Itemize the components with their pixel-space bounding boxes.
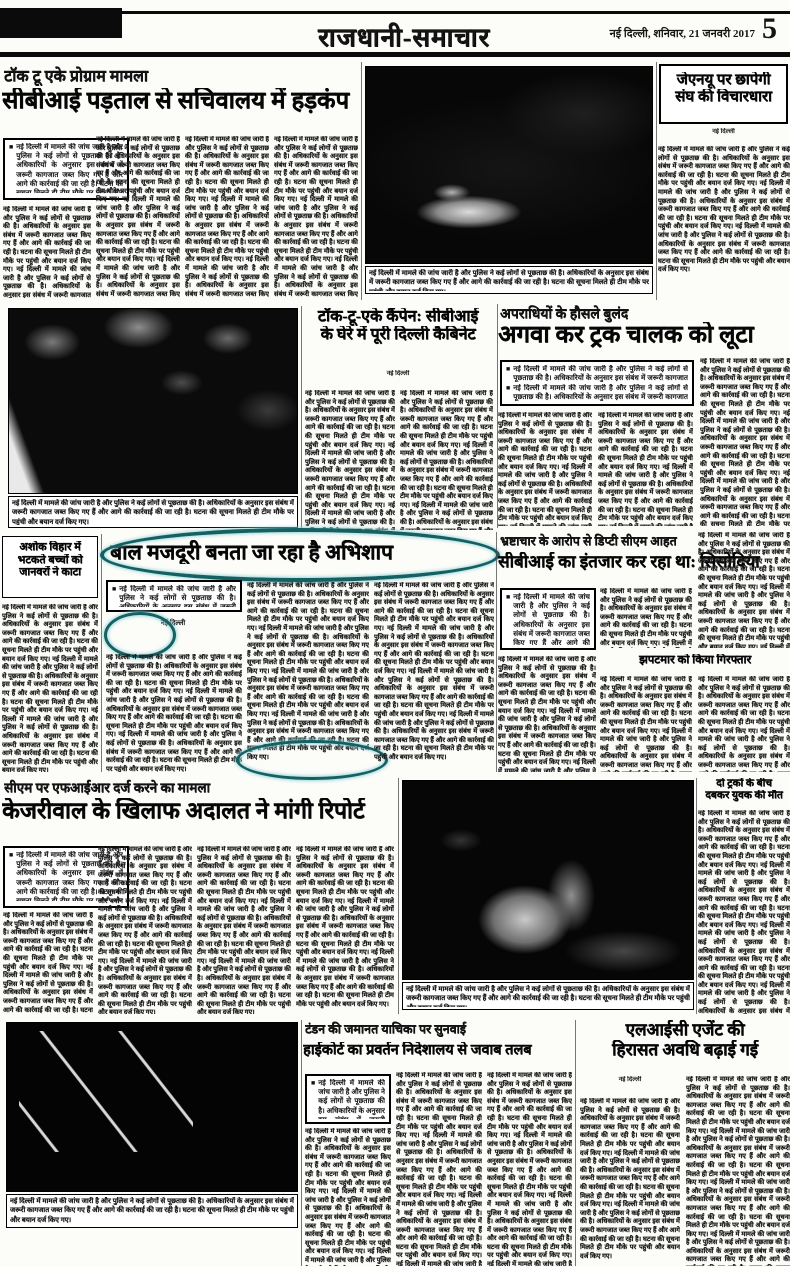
body-column: नई दिल्ली में मामले की जांच जारी है और प… (400, 390, 493, 530)
body-column: नई दिल्ली में मामले की जांच जारी है और प… (3, 912, 93, 1014)
body-column: नई दिल्ली में मामले की जांच जारी है और प… (197, 846, 291, 1014)
headline-cabinet: टॉक-टू-एके कैंपेन: सीबीआई के घेरे में पू… (303, 308, 493, 345)
byline-cabinet: नई दिल्ली (303, 370, 493, 386)
byline-jnu: नई दिल्ली (659, 128, 788, 144)
headline-jnu-line1: जेएनयू पर छापेगी (665, 72, 782, 89)
bullet-square-icon: ■ (311, 1079, 315, 1119)
masthead: राजधानी-समाचार (278, 18, 530, 54)
body-column: नई दिल्ली में मामले की जांच जारी है और प… (498, 656, 596, 772)
annotation-oval-byline (104, 612, 176, 658)
bullet-square-icon: ■ (506, 365, 510, 382)
kicker-kejriwal: सीएम पर एफआईआर दर्ज करने का मामला (4, 778, 344, 796)
body-column: नई दिल्ली में मामले की जांच जारी है और प… (600, 588, 692, 648)
annotation-oval-paragraph (236, 740, 388, 780)
photo-caption: नई दिल्ली में मामले की जांच जारी है और प… (365, 266, 653, 294)
caption-text: नई दिल्ली में मामले की जांच जारी है और प… (10, 1197, 294, 1225)
summary-box-sisodia: ■ नई दिल्ली में मामले की जांच जारी है और… (500, 588, 596, 650)
bullet-square-icon: ■ (112, 585, 116, 607)
headline-cabinet-line1: टॉक-टू-एके कैंपेन: सीबीआई (303, 308, 493, 326)
kicker-truck-loot: अपराधियों के हौसले बुलंद (500, 304, 740, 323)
header-rule (0, 52, 790, 57)
summary-text: नई दिल्ली में मामले की जांच जारी है और प… (513, 593, 590, 645)
body-column: नई दिल्ली में मामले की जांच जारी है और प… (305, 1128, 391, 1266)
caption-text: नई दिल्ली में मामले की जांच जारी है और प… (12, 499, 294, 525)
photo-trucks-night (402, 780, 694, 980)
headline-lic-line1: एलआईसी एजेंट की (580, 1020, 790, 1040)
headline-highcourt: हाईकोर्ट का प्रवर्तन निदेशालय से जवाब तल… (303, 1042, 573, 1059)
caption-text: नई दिल्ली में मामले की जांच जारी है और प… (406, 985, 690, 1007)
body-column: नई दिल्ली में मामले की जांच जारी है और प… (600, 676, 692, 772)
body-column: नई दिल्ली में मामले की जांच जारी है और प… (96, 136, 180, 298)
headline-secretariat: सीबीआई पड़ताल से सचिवालय में हड़कंप (2, 88, 358, 116)
page-dateline: नई दिल्ली, शनिवार, 21 जनवरी 2017 (543, 26, 755, 41)
body-column: नई दिल्ली में मामले की जांच जारी है और प… (698, 532, 790, 648)
bullet-square-icon: ■ (506, 593, 510, 645)
headline-truck-death-line1: दो ट्रकों के बीच (698, 778, 790, 790)
kicker-secretariat: टॉक टू एके प्रोग्राम मामला (4, 64, 354, 86)
body-column: नई दिल्ली में मामले की जांच जारी है और प… (698, 810, 790, 1014)
summary-text: नई दिल्ली में मामले की जांच जारी है और प… (119, 585, 236, 607)
column-rule (496, 532, 497, 772)
photo-caption: नई दिल्ली में मामले की जांच जारी है और प… (402, 982, 694, 1010)
headline-box-animals: अशोक विहार में भटकते बच्चों को जानवरों न… (2, 536, 98, 598)
column-rule (301, 1020, 302, 1266)
body-column: नई दिल्ली में मामले की जांच जारी है और प… (296, 846, 394, 1014)
headline-lic: एलआईसी एजेंट की हिरासत अवधि बढ़ाई गई (580, 1020, 790, 1059)
body-column: नई दिल्ली में मामले की जांच जारी है और प… (598, 412, 693, 526)
bullet-square-icon: ■ (9, 851, 13, 901)
ink-blot-corner (0, 8, 122, 38)
byline-lic: नई दिल्ली (580, 1076, 680, 1094)
body-column: नई दिल्ली में मामले की जांच जारी है और प… (686, 1076, 790, 1266)
column-rule (696, 778, 697, 1014)
body-column: नई दिल्ली में मामले की जांच जारी है और प… (580, 1098, 680, 1266)
caption-text: नई दिल्ली में मामले की जांच जारी है और प… (369, 269, 649, 291)
photo-caption: नई दिल्ली में मामले की जांच जारी है और प… (6, 1194, 298, 1228)
newspaper-page: राजधानी-समाचार नई दिल्ली, शनिवार, 21 जनव… (0, 0, 790, 1267)
summary-box-highcourt: ■ नई दिल्ली में मामले की जांच जारी है और… (305, 1074, 391, 1124)
body-column: नई दिल्ली में मामले की जांच जारी है और प… (498, 412, 592, 526)
column-rule (575, 1020, 576, 1266)
headline-truck-death-line2: दबकर युवक की मौत (698, 790, 790, 802)
headline-animals-line3: जानवरों ने काटा (7, 566, 93, 579)
summary-box-child-labour: ■ नई दिल्ली में मामले की जांच जारी है और… (106, 580, 242, 612)
headline-lic-line2: हिरासत अवधि बढ़ाई गई (580, 1040, 790, 1060)
column-rule (398, 778, 399, 1014)
body-column: नई दिल्ली में मामले की जांच जारी है और प… (396, 1072, 482, 1266)
summary-box-truck-loot: ■ नई दिल्ली में मामले की जांच जारी है और… (500, 360, 694, 406)
headline-cabinet-line2: के घेरे में पूरी दिल्ली कैबिनेट (303, 326, 493, 344)
summary-text: नई दिल्ली में मामले की जांच जारी है और प… (513, 365, 688, 382)
body-column: नई दिल्ली में मामले की जांच जारी है और प… (2, 604, 98, 772)
kicker-sisodia: भ्रष्टाचार के आरोप से डिप्टी सीएम आहत (500, 532, 696, 549)
headline-truck-loot: अगवा कर ट्रक चालक को लूटा (498, 322, 790, 350)
headline-animals-line1: अशोक विहार में (7, 541, 93, 554)
headline-animals-line2: भटकते बच्चों को (7, 554, 93, 567)
column-rule (101, 534, 102, 772)
photo-car-night (365, 66, 653, 264)
column-rule (656, 62, 657, 300)
headline-kejriwal: केजरीवाल के खिलाफ अदालत ने मांगी रिपोर्ट (2, 798, 394, 824)
bullet-square-icon: ■ (506, 384, 510, 401)
body-column: नई दिल्ली में मामले की जांच जारी है और प… (98, 846, 192, 1014)
photo-xray-streaks (6, 1022, 298, 1192)
body-column: नई दिल्ली में मामले की जांच जारी है और प… (698, 676, 790, 772)
summary-text: नई दिल्ली में मामले की जांच जारी है और प… (513, 384, 688, 401)
body-column: नई दिल्ली में मामले की जांच जारी है और प… (374, 582, 494, 772)
headline-truck-death: दो ट्रकों के बीच दबकर युवक की मौत (698, 778, 790, 802)
body-column: नई दिल्ली में मामले की जांच जारी है और प… (274, 136, 358, 298)
headline-box-jnu: जेएनयू पर छापेगी संघ की विचारधारा (659, 64, 788, 124)
summary-text: नई दिल्ली में मामले की जांच जारी है और प… (318, 1079, 385, 1119)
bullet-square-icon: ■ (9, 143, 13, 193)
column-rule (361, 62, 362, 300)
page-number: 5 (762, 12, 790, 46)
annotation-oval-headline (100, 528, 500, 582)
photo-caption: नई दिल्ली में मामले की जांच जारी है और प… (8, 496, 298, 528)
body-column: नई दिल्ली में मामले की जांच जारी है और प… (487, 1072, 572, 1266)
kicker-highcourt: टंडन की जमानत याचिका पर सुनवाई (305, 1020, 571, 1037)
photo-protest-crowd (8, 308, 298, 494)
subhead-snatcher-arrest: झपटमार को किया गिरफ्तार (600, 654, 790, 667)
body-column: नई दिल्ली में मामले की जांच जारी है और प… (106, 654, 242, 772)
body-column: नई दिल्ली में मामले की जांच जारी है और प… (185, 136, 269, 298)
body-column: नई दिल्ली में मामले की जांच जारी है और प… (658, 146, 790, 300)
body-column: नई दिल्ली में मामले की जांच जारी है और प… (305, 390, 395, 530)
body-column: नई दिल्ली में मामले की जांच जारी है और प… (700, 358, 790, 526)
body-column: नई दिल्ली में मामले की जांच जारी है और प… (3, 206, 91, 298)
headline-jnu-line2: संघ की विचारधारा (665, 89, 782, 106)
column-rule (301, 306, 302, 528)
